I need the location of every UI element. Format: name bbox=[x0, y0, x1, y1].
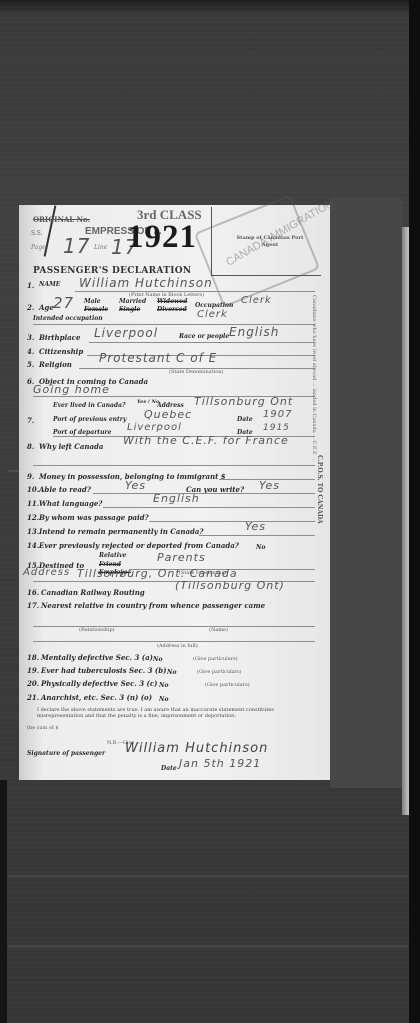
field-4-num: 4. bbox=[27, 347, 34, 356]
original-no-label: ORIGINAL No. bbox=[33, 215, 90, 224]
field-14-num: 14. bbox=[27, 541, 39, 550]
year-stamp: 1921 bbox=[127, 219, 197, 256]
field-7-prev-entry-label: Port of previous entry bbox=[53, 416, 126, 423]
film-border-left bbox=[0, 780, 7, 1023]
field-17-address-sub: (Address in full) bbox=[157, 643, 198, 649]
field-17-num: 17. bbox=[27, 601, 39, 610]
field-7-address-value: Tillsonburg Ont bbox=[194, 395, 293, 408]
field-21-value: No bbox=[159, 696, 169, 703]
field-3-race-label: Race or people bbox=[179, 333, 229, 340]
line-label: Line bbox=[94, 244, 107, 251]
side-stamp-cpos: C.P.O.S. TO CANADA bbox=[316, 455, 323, 524]
field-5-value: Protestant C of E bbox=[99, 351, 217, 365]
field-10-write-value: Yes bbox=[259, 479, 280, 492]
page-value: 17 bbox=[63, 234, 90, 258]
sum-label: the sum of $ bbox=[27, 725, 59, 731]
field-line bbox=[33, 626, 315, 627]
field-line bbox=[89, 342, 315, 343]
field-15-address-label: Address bbox=[23, 567, 70, 578]
film-scratch bbox=[8, 875, 408, 877]
field-17-relationship-sub: (Relationship) bbox=[79, 627, 115, 633]
date-label: Date bbox=[161, 765, 177, 772]
film-scratch bbox=[8, 945, 408, 947]
field-19-particulars: (Give particulars) bbox=[197, 669, 242, 675]
field-21-num: 21. bbox=[27, 693, 39, 702]
field-line bbox=[103, 507, 315, 508]
field-17-label: Nearest relative in country from whence … bbox=[41, 601, 265, 610]
field-5-label: Religion bbox=[39, 360, 72, 369]
field-1-num: 1. bbox=[27, 281, 34, 290]
field-1-label: NAME bbox=[39, 281, 60, 288]
field-2-age-value: 27 bbox=[53, 294, 74, 312]
field-12-label: By whom was passage paid? bbox=[39, 513, 149, 522]
field-5-num: 5. bbox=[27, 360, 34, 369]
field-7-departure-label: Port of departure bbox=[53, 429, 111, 436]
field-7-ever-lived-options: Yes / No bbox=[137, 399, 159, 405]
field-7-prev-entry-date: 1907 bbox=[263, 409, 292, 420]
field-15-value: Parents bbox=[157, 551, 206, 564]
field-2-occupation-value: Clerk bbox=[241, 295, 272, 306]
ss-label: S.S. bbox=[31, 230, 43, 237]
field-2-widowed: Widowed bbox=[157, 298, 187, 305]
field-2-occupation-label: Occupation bbox=[195, 302, 233, 309]
field-18-value: No bbox=[153, 656, 163, 663]
field-20-value: No bbox=[159, 682, 169, 689]
adjacent-frame-shadow bbox=[330, 198, 402, 788]
page-label: Page bbox=[31, 244, 46, 251]
field-2-intended-value: Clerk bbox=[197, 309, 228, 320]
field-15-relative: Relative bbox=[99, 552, 126, 559]
signature-label: Signature of passenger bbox=[27, 750, 105, 757]
field-14-label: Ever previously rejected or deported fro… bbox=[39, 541, 239, 550]
field-8-label: Why left Canada bbox=[39, 442, 103, 451]
field-16-label: Canadian Railway Routing bbox=[41, 588, 145, 597]
field-20-label: Physically defective Sec. 3 (c) bbox=[41, 679, 157, 688]
form-heading: PASSENGER'S DECLARATION bbox=[33, 266, 191, 276]
field-20-num: 20. bbox=[27, 679, 39, 688]
field-7-ever-lived-label: Ever lived in Canada? bbox=[53, 402, 126, 409]
field-2-male: Male bbox=[84, 298, 101, 305]
field-2-divorced: Divorced bbox=[157, 306, 187, 313]
field-16-value: (Tillsonburg Ont) bbox=[175, 579, 285, 592]
field-21-label: Anarchist, etc. Sec. 3 (n) (o) bbox=[41, 693, 152, 702]
field-17-name-sub: (Name) bbox=[209, 627, 228, 633]
field-10-value: Yes bbox=[125, 479, 146, 492]
field-3-label: Birthplace bbox=[39, 333, 80, 342]
field-18-label: Mentally defective Sec. 3 (a) bbox=[41, 653, 153, 662]
field-2-label: Age bbox=[39, 303, 54, 312]
field-19-label: Ever had tuberculosis Sec. 3 (b) bbox=[41, 666, 166, 675]
field-12-num: 12. bbox=[27, 513, 39, 522]
field-7-departure-value: Liverpool bbox=[127, 422, 182, 433]
field-13-label: Intend to remain permanently in Canada? bbox=[39, 527, 204, 536]
field-5-sub: (State Denomination) bbox=[169, 369, 223, 375]
field-4-label: Citizenship bbox=[39, 347, 83, 356]
stamp-box-label: Stamp of Canadian Port Agent bbox=[235, 235, 305, 249]
field-2-female: Female bbox=[84, 306, 108, 313]
field-7-prev-entry-value: Quebec bbox=[144, 408, 192, 421]
field-10-label: Able to read? bbox=[39, 485, 91, 494]
field-2-single: Single bbox=[119, 306, 140, 313]
field-7-prev-entry-date-label: Date bbox=[237, 416, 253, 423]
field-19-value: No bbox=[167, 669, 177, 676]
field-16-num: 16. bbox=[27, 588, 39, 597]
field-18-particulars: (Give particulars) bbox=[193, 656, 238, 662]
field-14-value: No bbox=[256, 544, 266, 551]
field-1-value: William Hutchinson bbox=[79, 276, 213, 290]
field-11-num: 11. bbox=[27, 499, 39, 508]
passenger-declaration-form: ORIGINAL No. S.S. EMPRESS OF ... Page 17… bbox=[19, 205, 330, 780]
field-line bbox=[93, 493, 315, 494]
field-3-race-value: English bbox=[229, 325, 279, 339]
field-2-num: 2. bbox=[27, 303, 34, 312]
declaration-date: Jan 5th 1921 bbox=[179, 757, 261, 770]
field-7-departure-date: 1915 bbox=[263, 423, 290, 433]
field-8-value: With the C.E.F. for France bbox=[123, 433, 313, 448]
declaration-text: I declare the above statements are true.… bbox=[37, 707, 319, 719]
film-border-right bbox=[409, 0, 420, 1023]
side-instructions: Canadians who have lived abroad ... land… bbox=[311, 295, 317, 462]
field-7-num: 7. bbox=[27, 416, 34, 425]
field-13-value: Yes bbox=[245, 520, 266, 533]
field-line bbox=[149, 521, 315, 522]
field-10-num: 10. bbox=[27, 485, 39, 494]
field-11-label: What language? bbox=[39, 499, 102, 508]
field-2-intended-label: Intended occupation bbox=[33, 315, 103, 322]
field-line bbox=[199, 535, 315, 536]
field-3-num: 3. bbox=[27, 333, 34, 342]
field-line bbox=[33, 641, 315, 642]
field-18-num: 18. bbox=[27, 653, 39, 662]
field-3-value: Liverpool bbox=[94, 326, 158, 340]
field-2-married: Married bbox=[119, 298, 146, 305]
field-6-value: Going home bbox=[33, 383, 110, 396]
field-line bbox=[33, 465, 315, 466]
field-13-num: 13. bbox=[27, 527, 39, 536]
passenger-signature: William Hutchinson bbox=[125, 741, 268, 756]
field-20-particulars: (Give particulars) bbox=[205, 682, 250, 688]
field-8-num: 8. bbox=[27, 442, 34, 451]
field-9-num: 9. bbox=[27, 472, 34, 481]
field-11-value: English bbox=[153, 492, 200, 505]
field-19-num: 19. bbox=[27, 666, 39, 675]
